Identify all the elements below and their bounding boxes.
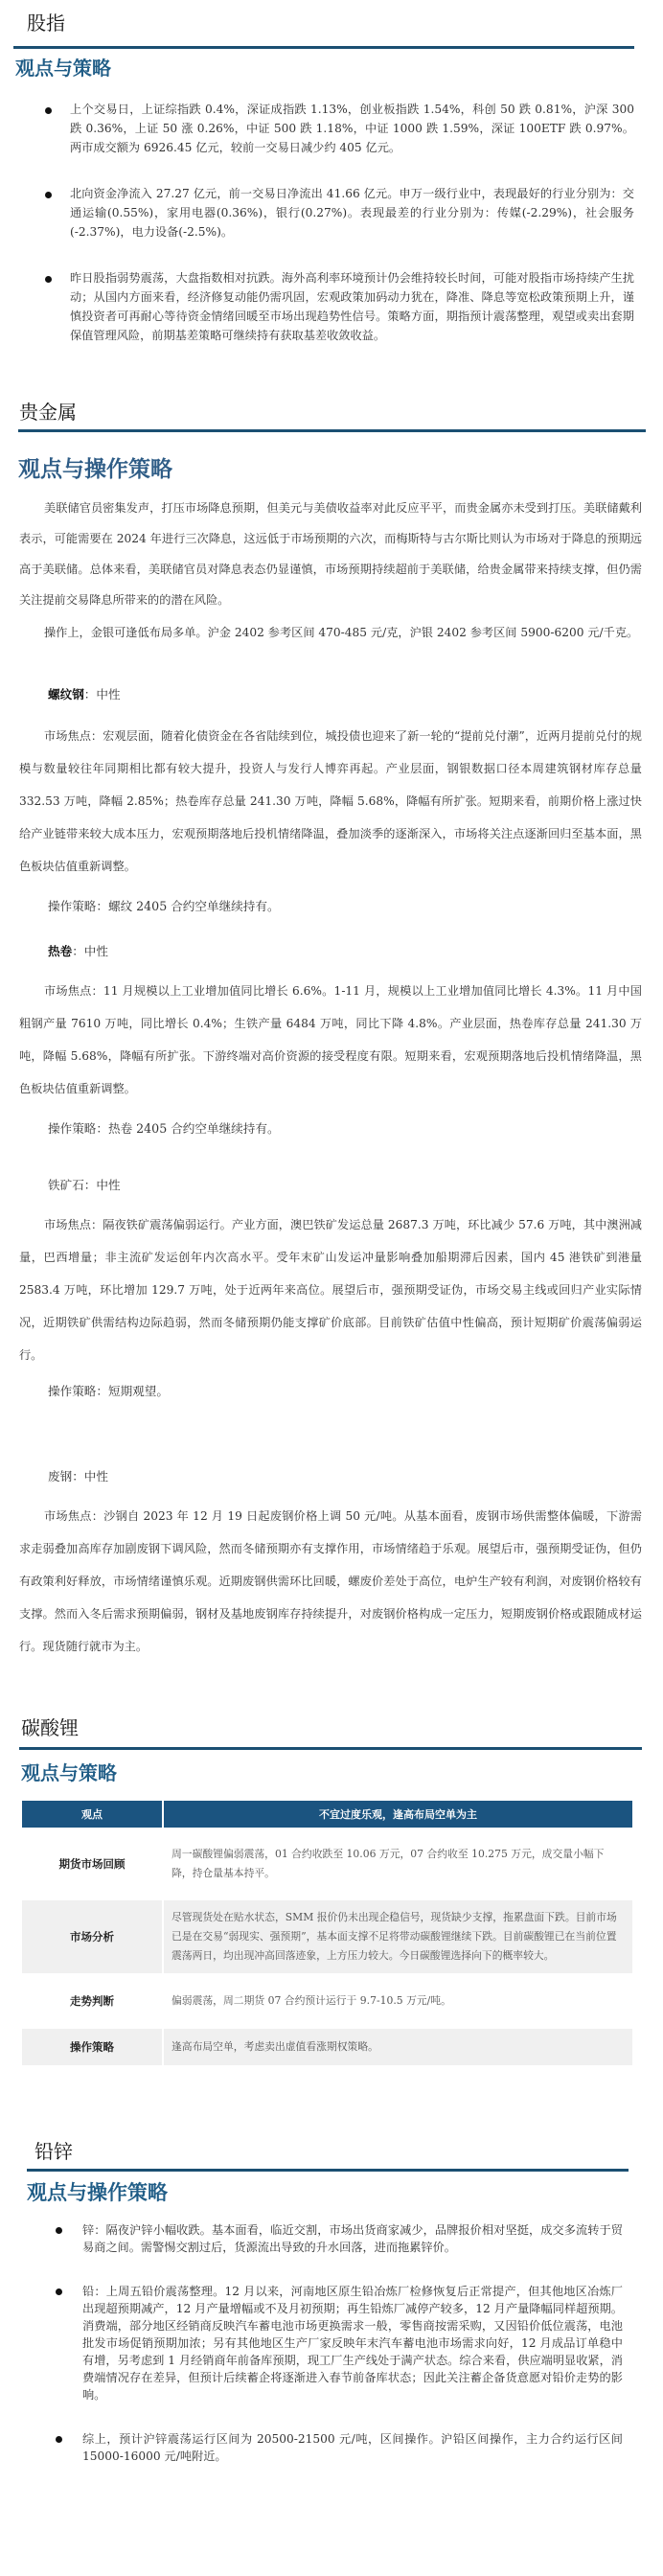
table-row: 市场分析 尽管现货处在贴水状态，SMM 报价仍未出现企稳信号，现货缺少支撑，拖累… bbox=[22, 1900, 632, 1973]
section-divider bbox=[19, 1747, 642, 1750]
strategy: 操作策略：热卷 2405 合约空单继续持有。 bbox=[0, 1118, 663, 1137]
row-label: 操作策略 bbox=[22, 2029, 163, 2065]
section-divider bbox=[13, 46, 634, 49]
list-item: 北向资金净流入 27.27 亿元，前一交易日净流出 41.66 亿元。申万一级行… bbox=[70, 184, 634, 241]
market-focus: 市场焦点：宏观层面，随着化债资金在各省陆续到位，城投债也迎来了新一轮的“提前兑付… bbox=[0, 720, 663, 883]
row-label: 市场分析 bbox=[22, 1900, 163, 1973]
list-item: 铅：上周五铅价震荡整理。12 月以来，河南地区原生铅冶炼厂检修恢复后正常提产，但… bbox=[82, 2283, 623, 2403]
bullet-icon bbox=[56, 2227, 62, 2234]
section-subtitle: 观点与操作策略 bbox=[0, 451, 663, 483]
commodity-heading: 热卷：中性 bbox=[0, 941, 663, 959]
bullet-list: 上个交易日，上证综指跌 0.4%，深证成指跌 1.13%，创业板指跌 1.54%… bbox=[0, 100, 663, 345]
market-focus: 市场焦点：11 月规模以上工业增加值同比增长 6.6%。1-11 月，规模以上工… bbox=[0, 975, 663, 1105]
section-divider bbox=[18, 429, 646, 432]
bullet-icon bbox=[45, 107, 52, 114]
table-row: 操作策略 逢高布局空单，考虑卖出虚值看涨期权策略。 bbox=[22, 2029, 632, 2065]
section-subtitle: 观点与策略 bbox=[0, 53, 663, 80]
row-text: 尽管现货处在贴水状态，SMM 报价仍未出现企稳信号，现货缺少支撑，拖累盘面下跌。… bbox=[163, 1900, 632, 1973]
row-text: 逢高布局空单，考虑卖出虚值看涨期权策略。 bbox=[163, 2029, 632, 2065]
row-label: 期货市场回顾 bbox=[22, 1828, 163, 1900]
section-title: 贵金属 bbox=[0, 399, 663, 425]
commodity-block-hot-coil: 热卷：中性 市场焦点：11 月规模以上工业增加值同比增长 6.6%。1-11 月… bbox=[0, 941, 663, 1137]
section-subtitle: 观点与策略 bbox=[0, 1758, 663, 1785]
section-subtitle: 观点与操作策略 bbox=[0, 2177, 663, 2206]
table-row: 期货市场回顾 周一碳酸锂偏弱震荡，01 合约收跌至 10.06 万元，07 合约… bbox=[22, 1828, 632, 1900]
strategy: 操作策略：螺纹 2405 合约空单继续持有。 bbox=[0, 896, 663, 914]
list-item: 锌：隔夜沪锌小幅收跌。基本面看，临近交割，市场出货商家减少，品牌报价相对坚挺，成… bbox=[82, 2221, 623, 2256]
table-header-label: 观点 bbox=[22, 1801, 163, 1828]
lead-zinc-section: 铅锌 观点与操作策略 锌：隔夜沪锌小幅收跌。基本面看，临近交割，市场出货商家减少… bbox=[0, 2138, 663, 2541]
precious-metals-section: 贵金属 观点与操作策略 美联储官员密集发声，打压市场降息预期，但美元与美债收益率… bbox=[0, 399, 663, 648]
commodity-block-scrap-steel: 废钢：中性 市场焦点：沙钢自 2023 年 12 月 19 日起废钢价格上调 5… bbox=[0, 1466, 663, 1663]
black-metals-section: 螺纹钢：中性 市场焦点：宏观层面，随着化债资金在各省陆续到位，城投债也迎来了新一… bbox=[0, 684, 663, 1663]
bullet-icon bbox=[45, 192, 52, 198]
commodity-heading: 铁矿石：中性 bbox=[0, 1175, 663, 1193]
table-header-view: 不宜过度乐观，逢高布局空单为主 bbox=[163, 1801, 632, 1828]
commodity-heading: 螺纹钢：中性 bbox=[0, 684, 663, 702]
list-item: 综上，预计沪锌震荡运行区间为 20500-21500 元/吨，区间操作。沪铅区间… bbox=[82, 2430, 623, 2465]
section-title: 碳酸锂 bbox=[0, 1714, 663, 1741]
paragraph: 美联储官员密集发声，打压市场降息预期，但美元与美债收益率对此反应平平，而贵金属亦… bbox=[0, 493, 663, 615]
commodity-block-rebar: 螺纹钢：中性 市场焦点：宏观层面，随着化债资金在各省陆续到位，城投债也迎来了新一… bbox=[0, 684, 663, 914]
paragraph: 操作上，金银可逢低布局多单。沪金 2402 参考区间 470-485 元/克，沪… bbox=[0, 617, 663, 648]
row-text: 偏弱震荡，周二期货 07 合约预计运行于 9.7-10.5 万元/吨。 bbox=[163, 1973, 632, 2029]
commodity-heading: 废钢：中性 bbox=[0, 1466, 663, 1484]
section-divider bbox=[27, 2169, 629, 2172]
research-report-page: 股指 观点与策略 上个交易日，上证综指跌 0.4%，深证成指跌 1.13%，创业… bbox=[0, 0, 663, 2541]
section-title: 股指 bbox=[0, 10, 663, 36]
market-focus: 市场焦点：隔夜铁矿震荡偏弱运行。产业方面，澳巴铁矿发运总量 2687.3 万吨，… bbox=[0, 1208, 663, 1371]
row-text: 周一碳酸锂偏弱震荡，01 合约收跌至 10.06 万元，07 合约收至 10.2… bbox=[163, 1828, 632, 1900]
table-header-row: 观点 不宜过度乐观，逢高布局空单为主 bbox=[22, 1801, 632, 1828]
market-focus: 市场焦点：沙钢自 2023 年 12 月 19 日起废钢价格上调 50 元/吨。… bbox=[0, 1500, 663, 1663]
strategy-table: 观点 不宜过度乐观，逢高布局空单为主 期货市场回顾 周一碳酸锂偏弱震荡，01 合… bbox=[22, 1801, 632, 2065]
lithium-carbonate-section: 碳酸锂 观点与策略 观点 不宜过度乐观，逢高布局空单为主 期货市场回顾 周一碳酸… bbox=[0, 1714, 663, 2065]
commodity-block-iron-ore: 铁矿石：中性 市场焦点：隔夜铁矿震荡偏弱运行。产业方面，澳巴铁矿发运总量 268… bbox=[0, 1175, 663, 1399]
list-item: 上个交易日，上证综指跌 0.4%，深证成指跌 1.13%，创业板指跌 1.54%… bbox=[70, 100, 634, 157]
table-row: 走势判断 偏弱震荡，周二期货 07 合约预计运行于 9.7-10.5 万元/吨。 bbox=[22, 1973, 632, 2029]
section-title: 铅锌 bbox=[0, 2138, 663, 2165]
bullet-icon bbox=[56, 2288, 62, 2295]
bullet-icon bbox=[56, 2436, 62, 2443]
strategy: 操作策略：短期观望。 bbox=[0, 1381, 663, 1399]
list-item: 昨日股指弱势震荡，大盘指数相对抗跌。海外高利率环境预计仍会维持较长时间，可能对股… bbox=[70, 268, 634, 345]
stock-index-section: 股指 观点与策略 上个交易日，上证综指跌 0.4%，深证成指跌 1.13%，创业… bbox=[0, 0, 663, 345]
bullet-list: 锌：隔夜沪锌小幅收跌。基本面看，临近交割，市场出货商家减少，品牌报价相对坚挺，成… bbox=[0, 2221, 663, 2465]
row-label: 走势判断 bbox=[22, 1973, 163, 2029]
bullet-icon bbox=[45, 276, 52, 283]
